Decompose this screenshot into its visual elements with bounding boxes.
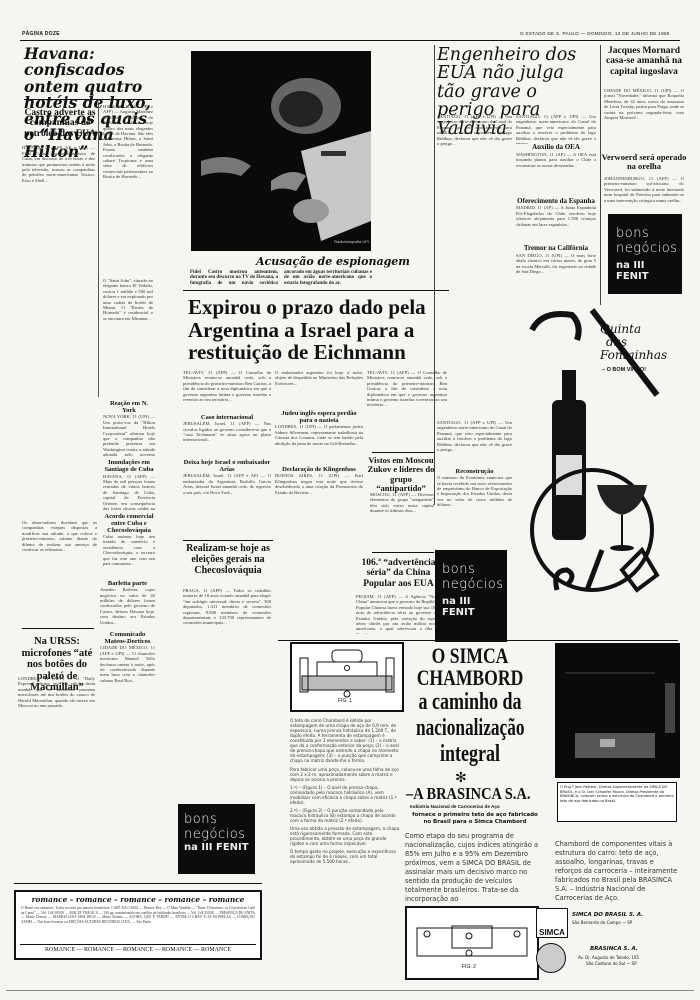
romance-top-rule (14, 883, 262, 884)
klingenfuss-body: BUENOS AIRES, 11 (UPI) — Karl Klingenfus… (275, 473, 363, 577)
castro-headline: Castro adverte as companhias de petróleo… (22, 102, 98, 145)
oea-body: WASHINGTON, 11 (AP) — A OEA está traçand… (516, 152, 596, 198)
china-body: PEQUIM, 11 (AFP) — A Agência "Nova China… (356, 594, 440, 634)
header-rule (20, 40, 680, 41)
simca-left-text: O teto do carro Chambord é obtido por es… (290, 718, 400, 864)
arias-body: JERUSALÉM, Israel, 11 (AFP e AP) — O emb… (183, 473, 271, 519)
brasinca-company-name: BRASINCA S. A. (590, 946, 638, 952)
masthead-line: O ESTADO DE S. PAULO — DOMINGO, 12 DE JU… (520, 31, 670, 36)
moscow-body: MOSCOU, 11 (AFP) — Diversos elementos do… (370, 492, 434, 536)
havana-body: HAVANA, 11 (AP, UPI e AFP) — Augusto Mar… (103, 104, 153, 274)
simca-company-address: São Bernardo do Campo — SP (572, 920, 632, 925)
subhead-jew: Judeu inglês espera perdão para o nazist… (275, 410, 363, 424)
subhead-reconstruction: Reconstrução (437, 468, 512, 475)
romance-top-line: romance – romance – romance – romance – … (16, 892, 260, 904)
brasinca-sub: Indústria Nacional de Carrocerias de Aço (410, 804, 540, 809)
floods-body: HAVANA, 11 (AFP) — Mais de mil pessoas f… (103, 474, 155, 510)
castro-body: HAVANA, 11 (AFP, AP e UPI) — Fidel Castr… (22, 145, 98, 397)
czech-rule (183, 540, 273, 541)
verwoerd-headline: Verwoerd será operado na orelha (600, 153, 688, 172)
supply-line: fornece o primeiro teto de aço fabricado… (410, 812, 540, 825)
fig1-label: FIG. 1 (338, 698, 352, 704)
simca-left-body-2: Para fabricar uma peça, coloca-se uma fo… (290, 767, 400, 782)
fenit-line3: na III FENIT (184, 842, 249, 853)
simca-headline-5: integral (414, 741, 527, 767)
eichmann-column-1: TEL-AVIV, 11 (AFP) — O Conselho de Minis… (183, 370, 271, 519)
fig2-label: FIG. 2 (462, 964, 476, 970)
photo-caption-title: Acusação de espionagem (256, 255, 410, 268)
brasinca-address-2: São Caetano do Sul — SP (586, 961, 637, 966)
simca-headline: O SIMCA CHAMBORD a caminho da nacionaliz… (395, 645, 545, 767)
romance-ad[interactable]: romance – romance – romance – romance – … (14, 890, 262, 960)
simca-fig1: FIG. 1 (290, 642, 404, 712)
newspaper-page: PÁGINA DOZE O ESTADO DE S. PAULO — DOMIN… (0, 0, 700, 1000)
eichmann-rule (183, 290, 449, 291)
subhead-arias: Deixa hoje Israel o embaixador Arias (183, 459, 271, 473)
communique-body: CIDADE DO MÉXICO, 11 (AFP e UPI) — O cha… (100, 645, 155, 775)
simca-logo-text: SIMCA (539, 928, 565, 937)
fenit-right-line1: bons (616, 226, 674, 241)
fenit-ad-middle[interactable]: bons negócios na III FENIT (435, 550, 507, 642)
valdivia-body: SANTIAGO, 11 (AFP e UPI) — Um engenheiro… (437, 114, 512, 384)
subhead-quake: Tremor na Califórnia (516, 245, 596, 253)
romance-bottom-line: ROMANCE — ROMANCE — ROMANCE — ROMANCE — … (20, 944, 256, 953)
moscow-headline: Vistos em Moscou Zukov e líderes do grup… (366, 456, 436, 493)
china-rule (372, 552, 434, 553)
spain-body: MADRID, 11 (AP) — A Junta Espanhola Pró-… (516, 205, 596, 245)
simca-right-body: Chambord de componentes vitais à estrutu… (555, 840, 680, 903)
mornard-headline: Jacques Mornard casa-se amanhã na capita… (604, 46, 684, 77)
simca-photo (555, 643, 680, 778)
simca-fig2: FIG. 2 (405, 906, 539, 980)
eichmann-body-col2: O embaixador argentino foi hoje, à noite… (275, 370, 363, 408)
valdivia-body-3: SANTIAGO, 11 (AFP e UPI) — Um engenheiro… (437, 420, 512, 468)
czech-headline: Realizam-se hoje as eleições gerais na C… (183, 543, 273, 576)
fenit-right-line2: negócios (616, 241, 674, 256)
wine-brand: Quinta das Fontainhas (600, 323, 667, 362)
simca-headline-3: a caminho da (414, 689, 527, 715)
czech-body: PRAGA, 11 (AFP) — Todos os cidadãos maio… (183, 588, 271, 698)
accord-body: Cuba assinou hoje um tratado de comércio… (103, 534, 155, 576)
moscow-rule (372, 452, 434, 453)
simca-photo-caption: O Eng.º Jack Pasteur, Diretor-Superinten… (557, 782, 677, 822)
urss-body: LONDRES, 11 (AFP) — O "Daily Express" af… (18, 676, 95, 816)
factory-photo (555, 643, 680, 778)
subhead-ny: Reação em N. York (103, 400, 155, 414)
simca-company-name: SIMCA DO BRASIL S. A. (572, 912, 643, 918)
eichmann-headline: Expirou o prazo dado pela Argentina a Is… (188, 296, 448, 364)
valdivia-body-2: SANTIAGO, 11 (AFP e UPI) — Um engenheiro… (516, 114, 596, 144)
havana-column-3: Reação em N. York NOVA YORK, 11 (UPI) — … (103, 400, 155, 576)
simca-logo: SIMCA (536, 908, 568, 938)
havana-rule (24, 99, 152, 100)
fenit-right-line3: na III FENIT (616, 260, 674, 282)
brasinca-logo (536, 943, 566, 973)
simca-headline-2: CHAMBORD (410, 667, 530, 689)
subhead-communique: Comunicado Mateos-Dorticos (100, 631, 155, 645)
castro-article: Castro adverte as companhias de petróleo… (22, 102, 99, 397)
wine-ad[interactable]: Quinta das Fontainhas – O BOM VINHO! (512, 300, 692, 595)
subhead-floods: Inundações em Santiago de Cuba (103, 459, 155, 473)
photo-credit: Radiofotografia UPI (334, 239, 369, 244)
subhead-klingenfuss: Declaração de Klingenfuss (275, 466, 363, 473)
havana-body-2: O "Saint John", situado no elegante bair… (103, 278, 153, 398)
simca-step-2: 2.º) – (Figura 2) – O punção comandado p… (290, 808, 400, 823)
verwoerd-body: JOHANNESBURGO, 11 (AFP) — O primeiro-min… (604, 176, 684, 206)
reconstruction-body: O ministro da Economia anunciou que se h… (437, 475, 512, 517)
simca-left-body-3: Uma vez obtida a pressão de estampagem, … (290, 826, 400, 846)
fenit-middle-line1: bons (442, 562, 500, 577)
simca-top-rule (278, 640, 678, 641)
simca-left-body: O teto do carro Chambord é obtido por es… (290, 718, 400, 763)
case-body: JERUSALÉM, Israel, 11 (AFP) — Nos círcul… (183, 421, 271, 457)
china-headline: 106.ª “advertência séria” da China Popul… (356, 558, 441, 589)
subhead-spain: Oferecimento da Espanha (516, 198, 596, 206)
brasinca-name: –A BRASINCA S.A. (406, 784, 530, 804)
simca-headline-4: nacionalização (416, 715, 524, 741)
mornard-body: CIDADE DO MÉXICO, 11 (UPI) — O jornal "N… (604, 88, 684, 148)
fenit-middle-line2: negócios (442, 577, 500, 592)
castro-photo-illustration (191, 51, 371, 251)
fenit-line2: negócios (184, 827, 249, 842)
valdivia-column-3: SANTIAGO, 11 (AFP e UPI) — Um engenheiro… (437, 420, 512, 517)
subhead-accord: Acordo comercial entre Cuba e Checoslová… (103, 513, 155, 534)
urss-rule (22, 628, 94, 629)
simca-step-1: 1.º) – (Figura 1) – O anel de prensa-cha… (290, 785, 400, 805)
romance-body: O Brasil em romances. Todos escritos por… (16, 904, 260, 944)
jew-body: LONDRES, 11 (UPI) — O parlamentar judeu … (275, 424, 363, 464)
brasinca-address-1: Av. Dr. Augusto de Toledo, 105 (578, 955, 639, 960)
quake-body: SAN DIEGO, 11 (UPI) — O mais forte abalo… (516, 253, 596, 285)
subhead-oea: Auxílio da OEA (516, 144, 596, 152)
barletta-body: Amadeo Barletta, cujos negócios no valor… (100, 587, 155, 627)
eichmann-body: TEL-AVIV, 11 (AFP) — O Conselho de Minis… (183, 370, 271, 412)
ny-body: NOVA YORK, 11 (UPI) — Um porta-voz da "H… (103, 414, 155, 456)
simca-center-body: Como etapa do seu programa de nacionaliz… (405, 832, 543, 904)
column-divider (434, 45, 435, 505)
havana-column-4: Barletta parte Amadeo Barletta, cujos ne… (100, 580, 155, 775)
fenit-ad-right[interactable]: bons negócios na III FENIT (608, 214, 682, 294)
subhead-barletta: Barletta parte (100, 580, 155, 587)
subhead-case: Caso internacional (183, 414, 271, 421)
eichmann-body-col3: TEL-AVIV, 11 (AFP) — O Conselho de Minis… (367, 370, 447, 430)
page-bottom-rule (6, 990, 694, 991)
simca-left-body-4: O tempo gasto no projeto, execução e exp… (290, 849, 400, 864)
fenit-ad-left[interactable]: bons negócios na III FENIT (178, 804, 255, 874)
castro-body-continued: Os observadores duvidam que as companhia… (22, 520, 97, 620)
page-label: PÁGINA DOZE (22, 31, 60, 37)
wine-tagline: – O BOM VINHO! (602, 367, 646, 373)
photo-caption-body: Fidel Castro mostrou anteontem, durante … (190, 270, 372, 286)
eichmann-column-2: O embaixador argentino foi hoje, à noite… (275, 370, 363, 577)
right-column-divider (600, 45, 601, 305)
valdivia-column-2: SANTIAGO, 11 (AFP e UPI) — Um engenheiro… (516, 114, 596, 285)
fenit-line1: bons (184, 812, 249, 827)
castro-photo: Radiofotografia UPI (191, 51, 371, 251)
simca-headline-1: O SIMCA (410, 645, 530, 667)
wine-brand-line3: Fontainhas (600, 349, 667, 362)
fenit-middle-line3: na III FENIT (442, 596, 500, 618)
